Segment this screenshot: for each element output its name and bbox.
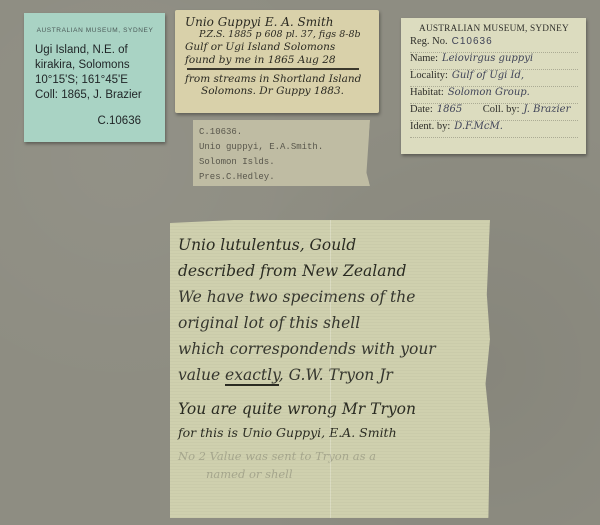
field-key: Reg. No. xyxy=(410,36,448,47)
collector-line: Coll: 1865, J. Brazier xyxy=(35,88,155,103)
field-value: J. Brazier xyxy=(520,104,571,115)
field-value: C10636 xyxy=(448,36,493,47)
museum-form-label: AUSTRALIAN MUSEUM, SYDNEY Reg. No. C1063… xyxy=(401,18,586,154)
locality-line: kirakira, Solomons xyxy=(35,58,155,73)
locality-line: Ugi Island, N.E. of xyxy=(35,43,155,58)
museum-header: AUSTRALIAN MUSEUM, SYDNEY xyxy=(410,24,578,34)
form-row-locality: Locality: Gulf of Ugi Id, xyxy=(410,70,578,87)
form-row-date: Date: 1865 Coll. by: J. Brazier xyxy=(410,104,578,121)
typed-line: Pres.C.Hedley. xyxy=(199,170,364,185)
field-key: Date: xyxy=(410,104,433,115)
field-value: Leiovirgus guppyi xyxy=(438,53,533,64)
paper-fold xyxy=(330,220,331,518)
coordinates-line: 10°15'S; 161°45'E xyxy=(35,73,155,88)
museum-header: AUSTRALIAN MUSEUM, SYDNEY xyxy=(35,27,155,34)
streams-line: from streams in Shortland Island xyxy=(185,73,371,86)
typed-label: C.10636. Unio guppyi, E.A.Smith. Solomon… xyxy=(193,120,370,186)
blue-museum-label: AUSTRALIAN MUSEUM, SYDNEY Ugi Island, N.… xyxy=(24,13,165,142)
typed-line: C.10636. xyxy=(199,125,364,140)
registration-number: C.10636 xyxy=(35,115,155,127)
divider-rule xyxy=(187,68,359,70)
field-value: Solomon Group. xyxy=(444,87,530,98)
field-key: Coll. by: xyxy=(479,104,520,115)
field-key: Locality: xyxy=(410,70,448,81)
field-value: Gulf of Ugi Id, xyxy=(448,70,524,81)
reference-line: P.Z.S. 1885 p 608 pl. 37, figs 8-8b xyxy=(185,29,371,42)
field-key: Habitat: xyxy=(410,87,444,98)
field-value: 1865 xyxy=(433,104,479,115)
underlined-word: exactly xyxy=(225,366,279,386)
handwritten-label: Unio Guppyi E. A. Smith P.Z.S. 1885 p 60… xyxy=(175,10,379,113)
form-row-reg: Reg. No. C10636 xyxy=(410,36,578,53)
typed-line: Solomon Islds. xyxy=(199,155,364,170)
typed-line: Unio guppyi, E.A.Smith. xyxy=(199,140,364,155)
form-row-ident: Ident. by: D.F.McM. xyxy=(410,121,578,138)
letter-text: value xyxy=(178,366,225,384)
field-key: Name: xyxy=(410,53,438,64)
field-key: Ident. by: xyxy=(410,121,450,132)
form-row-habitat: Habitat: Solomon Group. xyxy=(410,87,578,104)
locality-line: Gulf or Ugi Island Solomons xyxy=(185,41,371,54)
handwritten-letter: Unio lutulentus, Gould described from Ne… xyxy=(170,220,490,518)
field-value: D.F.McM. xyxy=(450,121,503,132)
found-line: found by me in 1865 Aug 28 xyxy=(185,54,371,67)
signature: , G.W. Tryon Jr xyxy=(279,366,393,384)
form-row-name: Name: Leiovirgus guppyi xyxy=(410,53,578,70)
species-title: Unio Guppyi E. A. Smith xyxy=(185,16,371,29)
guppy-line: Solomons. Dr Guppy 1883. xyxy=(185,85,371,98)
